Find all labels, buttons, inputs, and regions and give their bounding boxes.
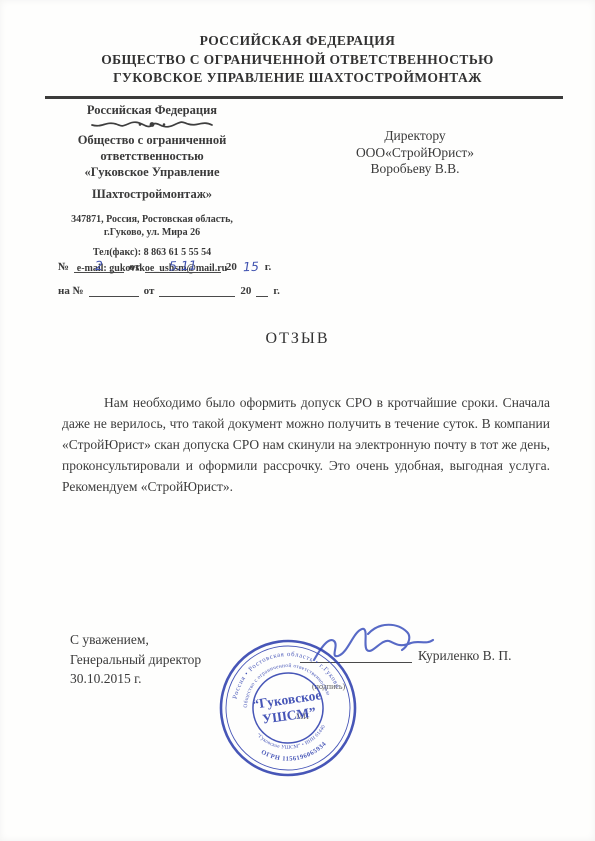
company-stamp: Россия • Ростовская область • г.Гуково О… [216,636,360,780]
ref-row2-date-blank [159,282,235,297]
ref-row2-year-suffix: г. [273,285,280,297]
letterhead-left-block: Российская Федерация Общество с ограниче… [52,103,252,274]
reference-row-1: № 2 от 5.11 2015г. [58,258,298,273]
ref-row2-no-blank [89,282,139,297]
ref-row2-from-label: от [144,285,155,297]
closing-role: Генеральный директор [70,650,201,670]
ref-year-prefix: 20 [226,261,237,273]
handwritten-date: 5.11 [169,258,197,274]
ref-year-suffix: г. [265,261,272,273]
header-org-name: ГУКОВСКОЕ УПРАВЛЕНИЕ ШАХТОСТРОЙМОНТАЖ [0,69,595,88]
letterhead-phone: Тел(факс): 8 863 61 5 55 54 [52,247,252,258]
address-line1: 347871, Россия, Ростовская область, [52,213,252,226]
closing-block: С уважением, Генеральный директор 30.10.… [70,630,201,689]
ornament-divider-icon [88,119,216,129]
ref-no-label: № [58,261,69,273]
addressee-company: ООО«СтройЮрист» [330,145,500,162]
header-org-type: ОБЩЕСТВО С ОГРАНИЧЕННОЙ ОТВЕТСТВЕННОСТЬЮ [0,51,595,70]
addressee-block: Директору ООО«СтройЮрист» Воробьеву В.В. [330,128,500,178]
ref-row2-year-prefix: 20 [240,285,251,297]
document-page: РОССИЙСКАЯ ФЕДЕРАЦИЯ ОБЩЕСТВО С ОГРАНИЧЕ… [0,0,595,841]
letterhead-header: РОССИЙСКАЯ ФЕДЕРАЦИЯ ОБЩЕСТВО С ОГРАНИЧЕ… [0,32,595,88]
ref-row2-label: на № [58,285,84,297]
reference-block: № 2 от 5.11 2015г. на № от 20г. [58,258,298,306]
handwritten-number: 2 [95,258,103,273]
document-title: ОТЗЫВ [0,330,595,348]
letterhead-org-line1: Общество с ограниченной [52,132,252,148]
letterhead-org-line4: Шахтостроймонтаж» [52,187,252,202]
reference-row-2: на № от 20г. [58,282,298,297]
handwritten-year: 15 [243,259,259,275]
ref-row2-year-blank [256,282,268,297]
closing-date: 30.10.2015 г. [70,669,201,689]
addressee-role: Директору [330,128,500,145]
ref-from-label: от [129,261,140,273]
letterhead-org-line2: ответственностью [52,148,252,164]
address-line2: г.Гуково, ул. Мира 26 [52,226,252,239]
ref-date-blank: 5.11 [145,258,221,273]
header-divider-rule [45,96,563,99]
addressee-person: Воробьеву В.В. [330,161,500,178]
letterhead-address: 347871, Россия, Ростовская область, г.Гу… [52,213,252,239]
letterhead-country: Российская Федерация [52,103,252,118]
body-paragraph: Нам необходимо было оформить допуск СРО … [62,392,550,497]
ref-no-blank: 2 [74,258,124,273]
closing-salutation: С уважением, [70,630,201,650]
header-country: РОССИЙСКАЯ ФЕДЕРАЦИЯ [0,32,595,51]
letterhead-org-line3: «Гуковское Управление [52,164,252,180]
